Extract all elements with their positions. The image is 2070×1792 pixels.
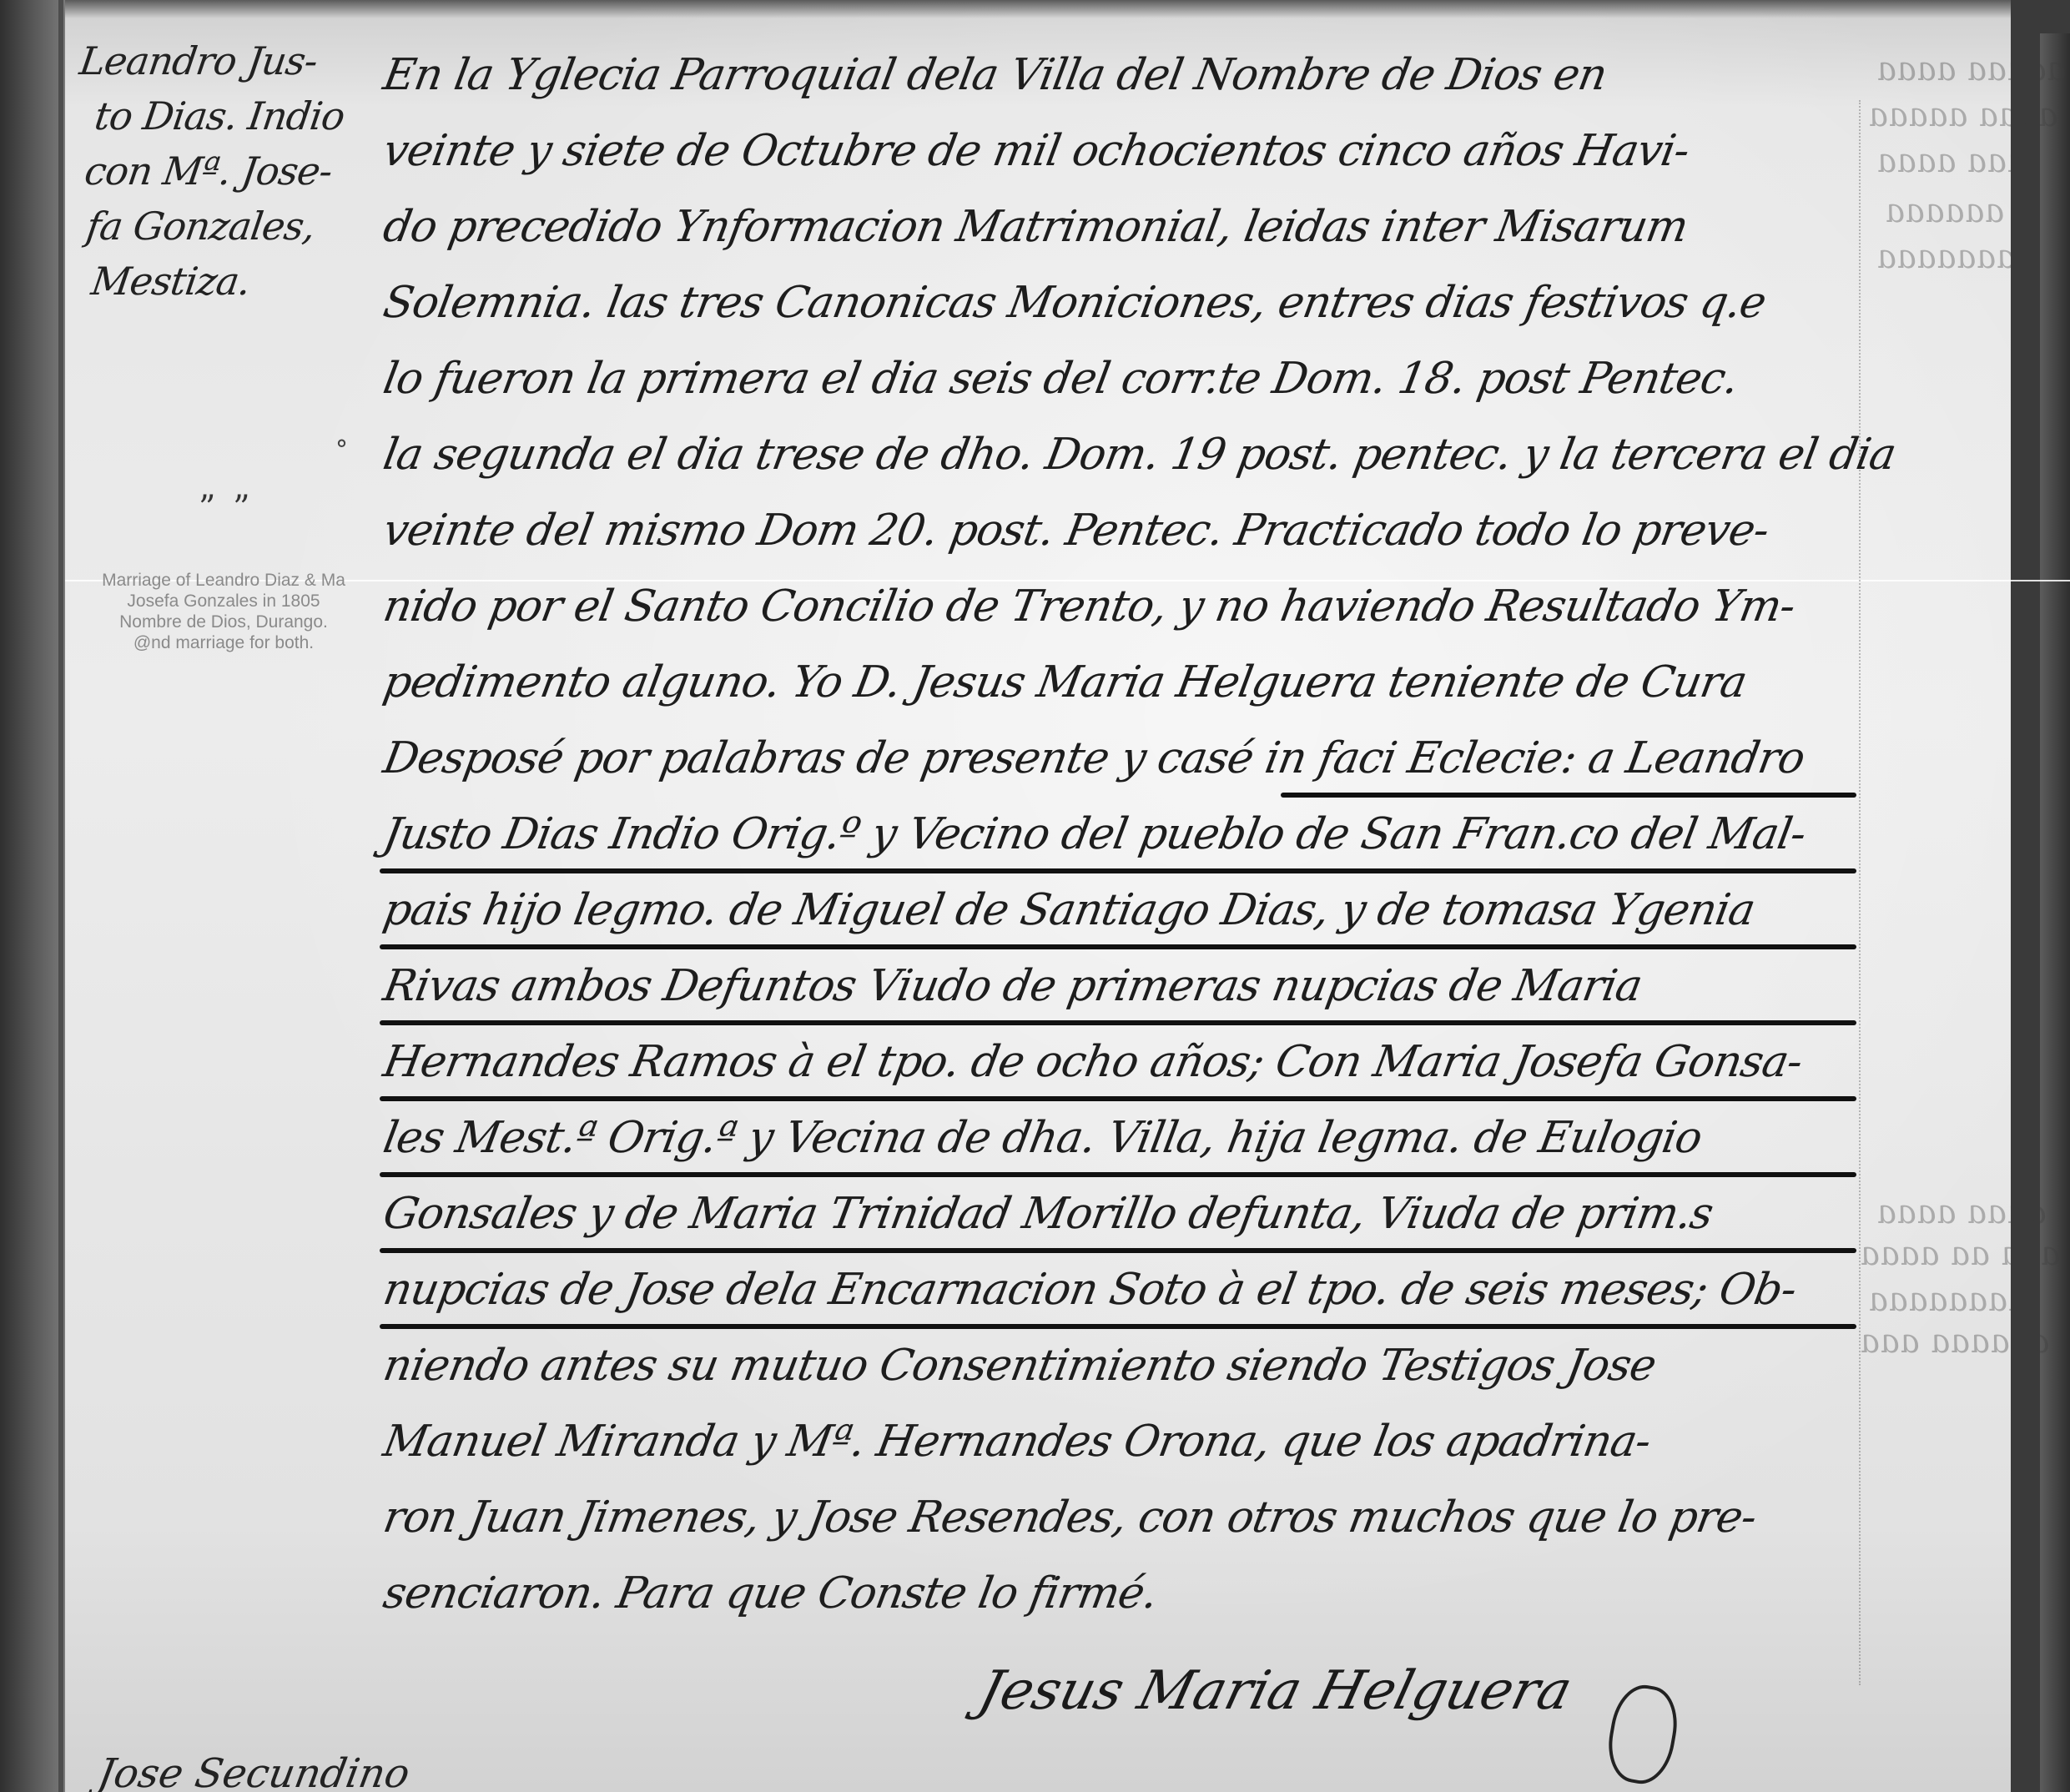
body-line-underlined: Gonsales y de Maria Trinidad Morillo def… xyxy=(380,1182,1873,1258)
margin-note-line: fa Gonzales, xyxy=(83,199,384,254)
bleed-through-text: aaa aaaa xyxy=(1874,142,2031,180)
margin-note: Leandro Jus- to Dias. Indio con Mª. Jose… xyxy=(80,33,380,309)
next-entry-margin-note: Jose Secundino xyxy=(94,1750,413,1792)
body-line: niendo antes su mutuo Consentimiento sie… xyxy=(380,1334,1873,1410)
bleed-through-text: aaaa aaaa xyxy=(1874,1193,2051,1231)
margin-note-line: to Dias. Indio xyxy=(91,88,384,143)
bleed-through-text: aaaaaa aaa xyxy=(1857,1322,2053,1361)
margin-note-line: Leandro Jus- xyxy=(76,33,384,88)
body-line-underlined: Desposé por palabras de presente y casé … xyxy=(380,727,1873,803)
body-line-underlined: nupcias de Jose dela Encarnacion Soto à … xyxy=(380,1258,1873,1334)
priest-signature: Jesus Maria Helguera xyxy=(973,1660,1578,1722)
body-line-text: pedimento alguno. Yo D. Jesus Maria Helg… xyxy=(380,657,1750,707)
body-line-text: Desposé por palabras de presente y casé … xyxy=(380,733,1808,783)
margin-note-line: Mestiza. xyxy=(88,254,384,309)
page-top-shadow xyxy=(65,0,2011,18)
bleed-through-text: aaaa aaaaa xyxy=(1866,96,2062,134)
body-line-underlined: les Mest.ª Orig.ª y Vecina de dha. Villa… xyxy=(380,1106,1873,1182)
body-line: En la Yglecia Parroquial dela Villa del … xyxy=(380,43,1873,119)
body-line-text: En la Yglecia Parroquial dela Villa del … xyxy=(380,50,1610,100)
body-line-text: nupcias de Jose dela Encarnacion Soto à … xyxy=(380,1265,1800,1315)
body-line-text: nido por el Santo Concilio de Trento, y … xyxy=(380,581,1799,632)
body-line-text: niendo antes su mutuo Consentimiento sie… xyxy=(380,1341,1660,1391)
body-line: la segunda el dia trese de dho. Dom. 19 … xyxy=(380,423,1873,499)
body-line-text: senciaron. Para que Conste lo firmé. xyxy=(380,1568,1161,1618)
page-corner-shadow xyxy=(2011,0,2070,33)
book-spine-shadow xyxy=(0,0,65,1792)
body-line-text: la segunda el dia trese de dho. Dom. 19 … xyxy=(380,430,1899,480)
body-line-text: les Mest.ª Orig.ª y Vecina de dha. Villa… xyxy=(380,1113,1705,1163)
body-line: veinte y siete de Octubre de mil ochocie… xyxy=(380,119,1873,195)
typed-annotation: Marriage of Leandro Diaz & Ma Josefa Gon… xyxy=(98,570,349,653)
bleed-through-text: aaaaaaaa xyxy=(1866,1281,2032,1319)
body-line: Manuel Miranda y Mª. Hernandes Orona, qu… xyxy=(380,1410,1873,1486)
body-line: nido por el Santo Concilio de Trento, y … xyxy=(380,575,1873,651)
body-line: senciaron. Para que Conste lo firmé. xyxy=(380,1562,1873,1638)
bleed-through-text: aaaaaaa xyxy=(1874,238,2020,276)
body-line-text: pais hijo legmo. de Miguel de Santiago D… xyxy=(380,885,1759,935)
body-line-text: lo fueron la primera el dia seis del cor… xyxy=(380,354,1742,404)
body-line-underlined: pais hijo legmo. de Miguel de Santiago D… xyxy=(380,878,1873,954)
margin-tick-mark: ° xyxy=(335,435,348,465)
body-line-text: veinte y siete de Octubre de mil ochocie… xyxy=(380,126,1693,176)
body-line-text: Hernandes Ramos à el tpo. de ocho años; … xyxy=(380,1037,1806,1087)
body-line-text: ron Juan Jimenes, y Jose Resendes, con o… xyxy=(380,1492,1760,1543)
body-line-text: Manuel Miranda y Mª. Hernandes Orona, qu… xyxy=(380,1417,1654,1467)
body-line: Solemnia. las tres Canonicas Moniciones,… xyxy=(380,271,1873,347)
record-body: En la Yglecia Parroquial dela Villa del … xyxy=(380,43,1873,1638)
body-line: ron Juan Jimenes, y Jose Resendes, con o… xyxy=(380,1486,1873,1562)
body-line-underlined: Hernandes Ramos à el tpo. de ocho años; … xyxy=(380,1030,1873,1106)
page-right-edge xyxy=(2040,0,2070,1792)
body-line: veinte del mismo Dom 20. post. Pentec. P… xyxy=(380,499,1873,575)
bleed-through-text: aaaaa aaaa xyxy=(1874,50,2070,88)
body-line-text: Solemnia. las tres Canonicas Moniciones,… xyxy=(380,278,1770,328)
body-line-underlined: Rivas ambos Defuntos Viudo de primeras n… xyxy=(380,954,1873,1030)
body-line-text: Justo Dias Indio Orig.º y Vecino del pue… xyxy=(380,809,1809,859)
margin-note-line: con Mª. Jose- xyxy=(81,143,384,199)
book-spine-edge xyxy=(58,0,63,1792)
bleed-through-text: aaaaaa xyxy=(1882,192,2008,230)
body-line: lo fueron la primera el dia seis del cor… xyxy=(380,347,1873,423)
body-line-text: Rivas ambos Defuntos Viudo de primeras n… xyxy=(380,961,1645,1011)
ditto-mark: ” ” xyxy=(199,489,254,527)
body-line: do precedido Ynformacion Matrimonial, le… xyxy=(380,195,1873,271)
body-line-underlined: Justo Dias Indio Orig.º y Vecino del pue… xyxy=(380,803,1873,878)
body-line-text: veinte del mismo Dom 20. post. Pentec. P… xyxy=(380,506,1772,556)
body-line: pedimento alguno. Yo D. Jesus Maria Helg… xyxy=(380,651,1873,727)
body-line-text: Gonsales y de Maria Trinidad Morillo def… xyxy=(380,1189,1716,1239)
body-line-text: do precedido Ynformacion Matrimonial, le… xyxy=(380,202,1691,252)
bleed-through-text: aaa aa aaaa xyxy=(1857,1235,2064,1273)
